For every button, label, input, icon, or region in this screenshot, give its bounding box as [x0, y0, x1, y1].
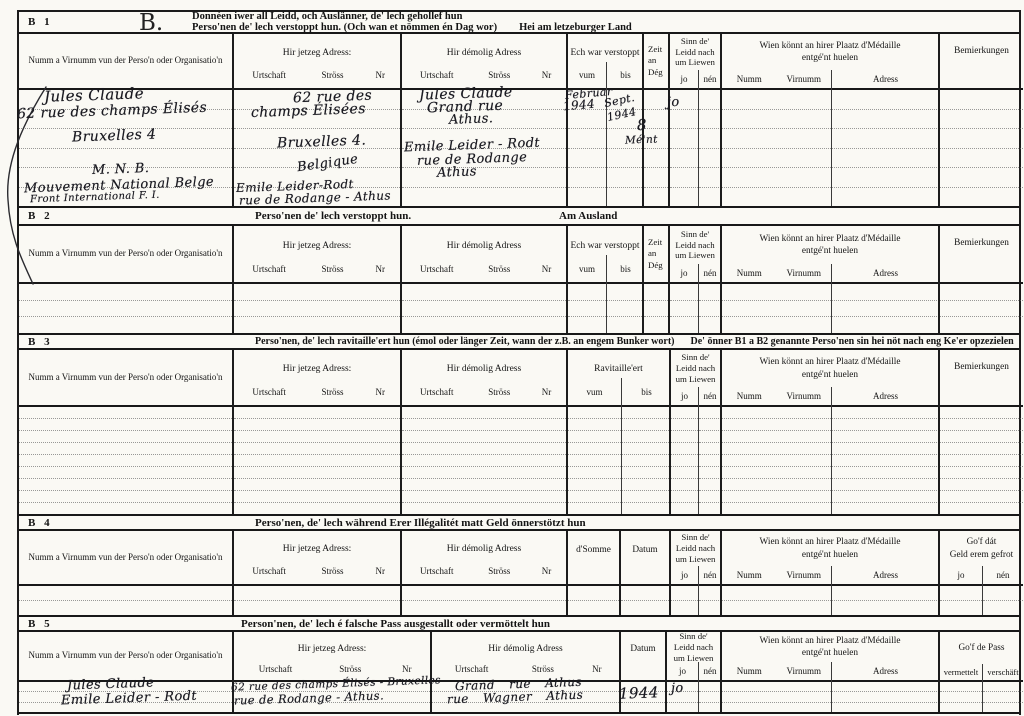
section-b2-title: Perso'nen de' lech verstoppt hun.	[255, 210, 411, 222]
section-b5-title: Person'nen, de' lech é falsche Pass ausg…	[241, 618, 550, 630]
b4-col-dsomme: d'Somme	[566, 531, 619, 615]
section-b4-title: Perso'nen, de' lech während Erer Illégal…	[255, 517, 586, 529]
b1-title-line2: Perso'nen de' lech verstoppt hun. (Och w…	[192, 22, 632, 33]
b3-col-ravitailleert: Ravitaille'ert vum bis	[566, 350, 669, 514]
section-b3-title: Perso'nen, de' lech ravitaille'ert hun (…	[255, 336, 675, 347]
b1-col-vum: vum	[568, 62, 606, 206]
section-b1-title: Donnéen iwer all Leidd, och Auslänner, d…	[192, 11, 632, 33]
b1-col-verstoppt: Ech war verstoppt vum bis	[566, 34, 642, 206]
section-b5-id: B 5	[28, 618, 53, 630]
section-b2-table: Numm a Virnumm vun der Perso'n oder Orga…	[19, 226, 1019, 333]
hw-b1-zeit-2: Mé'nt	[625, 133, 658, 146]
section-b1-id: B 1	[28, 16, 53, 28]
section-b1-titlebar: B 1 B. Donnéen iwer all Leidd, och Auslä…	[19, 12, 1019, 34]
b1-sinn-label: Sinn de'Leidd nachum Liewen	[670, 34, 720, 70]
hw-b1-vum-2: 1944	[562, 97, 595, 114]
hw-b1-jetzeg-3: Bruxelles 4.	[277, 132, 367, 151]
section-b2-title-region: Am Ausland	[559, 210, 617, 222]
section-b2-titlebar: B 2 Perso'nen de' lech verstoppt hun. Am…	[19, 208, 1019, 226]
scanned-form-page: B 1 B. Donnéen iwer all Leidd, och Auslä…	[0, 0, 1024, 716]
b1-wien-label: Wien könnt an hirer Plaatz d'Médailleent…	[722, 34, 938, 70]
b1-wien-left: NummVirnumm	[722, 70, 831, 206]
section-b4-titlebar: B 4 Perso'nen, de' lech während Erer Ill…	[19, 516, 1019, 531]
section-b4-table: Numm a Virnumm vun der Perso'n oder Orga…	[19, 531, 1019, 615]
hw-b5-datum: 1944	[619, 683, 659, 702]
big-letter-b: B.	[139, 12, 163, 34]
b1-bemierkungen-label: Bemierkungen	[940, 34, 1023, 88]
b1-title-region: Hei am letzeburger Land	[519, 22, 632, 33]
hw-b1-name-4: M. N. B.	[92, 161, 150, 178]
b1-title-line1: Donnéen iwer all Leidd, och Auslänner, d…	[192, 11, 632, 22]
section-b4: B 4 Perso'nen, de' lech während Erer Ill…	[19, 514, 1019, 615]
b1-demolig-sublabels: UrtschaftStrössNr	[402, 62, 566, 88]
b1-name-label: Numm a Virnumm vun der Perso'n oder Orga…	[19, 34, 232, 88]
b1-col-bemierkungen: Bemierkungen	[938, 34, 1023, 206]
hw-b1-demolig-6: Athus	[437, 164, 477, 180]
b1-jetzeg-label: Hir jetzeg Adress:	[234, 34, 400, 62]
section-b2: B 2 Perso'nen de' lech verstoppt hun. Am…	[19, 206, 1019, 333]
section-b3: B 3 Perso'nen, de' lech ravitaille'ert h…	[19, 333, 1019, 514]
b1-demolig-label: Hir démolig Adress	[402, 34, 566, 62]
section-b3-title2: De' önner B1 a B2 genannte Perso'nen sin…	[691, 336, 1014, 347]
b1-wien-adress: Adress	[831, 70, 939, 206]
b4-col-datum: Datum	[619, 531, 669, 615]
b1-col-nen: nén	[698, 70, 721, 206]
b1-col-sinn: Sinn de'Leidd nachum Liewen jo nén	[668, 34, 720, 206]
b1-zeit-label: ZeitanDég	[644, 34, 668, 88]
hw-b5-jo: jo	[671, 681, 684, 696]
section-b3-titlebar: B 3 Perso'nen, de' lech ravitaille'ert h…	[19, 335, 1019, 350]
hw-b1-name-3: Bruxelles 4	[72, 127, 157, 146]
b5-col-gof-pass: Go'f de Pass vermettelt verschäft	[938, 632, 1023, 712]
b1-col-jo: jo	[670, 70, 698, 206]
hw-b1-jo: jo	[667, 95, 680, 110]
b4-col-gof-geld: Go'f dátGeld erem gefrot jo nén	[938, 531, 1023, 615]
section-b3-table: Numm a Virnumm vun der Perso'n oder Orga…	[19, 350, 1019, 514]
hw-b1-demolig-3: Athus.	[449, 111, 494, 128]
section-b4-id: B 4	[28, 517, 53, 529]
section-b3-id: B 3	[28, 336, 53, 348]
b1-col-wien: Wien könnt an hirer Plaatz d'Médailleent…	[720, 34, 938, 206]
b1-verstoppt-label: Ech war verstoppt	[568, 34, 642, 62]
section-b5-titlebar: B 5 Person'nen, de' lech é falsche Pass …	[19, 617, 1019, 632]
b1-jetzeg-sublabels: UrtschaftStrössNr	[234, 62, 400, 88]
section-b2-id: B 2	[28, 210, 53, 222]
hw-b1-zeit-1: 8	[637, 116, 648, 134]
